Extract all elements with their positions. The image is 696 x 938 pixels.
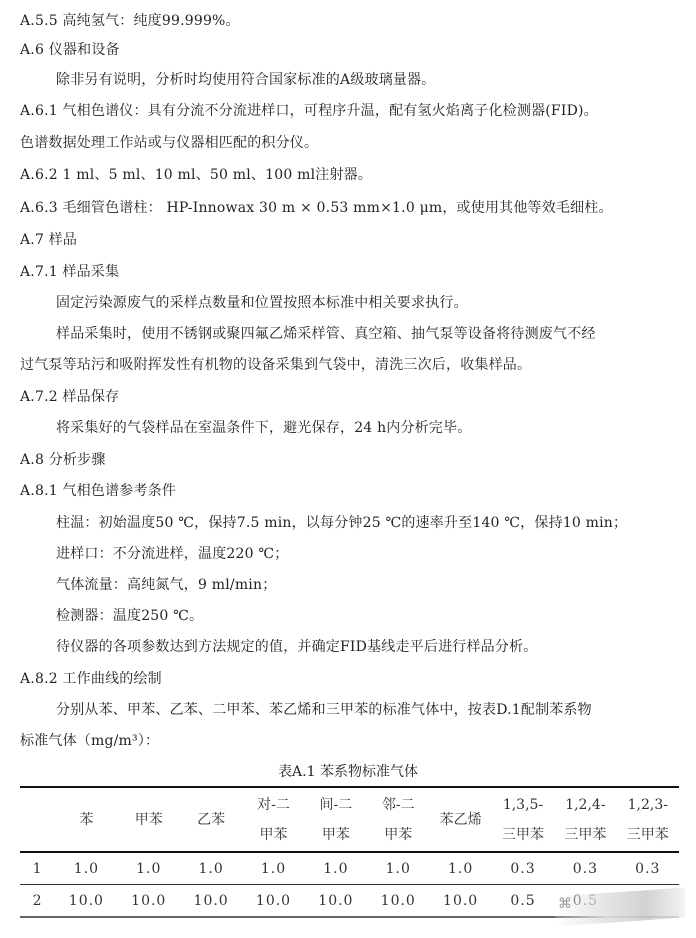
- text-line-a81-p: 待仪器的各项参数达到方法规定的值，并确定FID基线走平后进行样品分析。: [56, 637, 537, 657]
- column-header-line1: 邻-二: [367, 790, 429, 820]
- column-header-line1: 甲苯: [118, 805, 180, 835]
- text-line-a81: A.8.1 气相色谱参考条件: [20, 481, 176, 501]
- text-line-a63: A.6.3 毛细管色谱柱： HP-Innowax 30 m × 0.53 mm×…: [20, 198, 613, 218]
- text-line-a72: A.7.2 样品保存: [20, 387, 119, 407]
- table-cell: 1.0: [429, 852, 491, 885]
- text-line-a81-col: 柱温：初始温度50 ℃，保持7.5 min，以每分钟25 ℃的速率升至140 ℃…: [56, 513, 627, 533]
- column-header: 1,2,3-三甲苯: [617, 787, 679, 852]
- column-header: [20, 787, 55, 852]
- text-line-a7: A.7 样品: [20, 230, 77, 250]
- column-header: 甲苯: [118, 787, 180, 852]
- column-header: 间-二甲苯: [305, 787, 367, 852]
- document-page: A.5.5 高纯氢气：纯度99.999%。A.6 仪器和设备除非另有说明，分析时…: [0, 0, 696, 938]
- text-line-a81-gas: 气体流量：高纯氮气，9 ml/min；: [56, 575, 276, 595]
- table-cell: 10.0: [118, 885, 180, 918]
- column-header-line2: 甲苯: [367, 820, 429, 850]
- column-header: 邻-二甲苯: [367, 787, 429, 852]
- column-header: 苯乙烯: [429, 787, 491, 852]
- table-cell: 10.0: [367, 885, 429, 918]
- text-line-a81-det: 检测器：温度250 ℃。: [56, 606, 203, 626]
- row-number: 2: [20, 885, 55, 918]
- table-cell: 1.0: [55, 852, 117, 885]
- column-header: 对-二甲苯: [242, 787, 304, 852]
- column-header-line2: 三甲苯: [492, 820, 554, 850]
- column-header-line1: 1,2,3-: [617, 790, 679, 820]
- wechat-icon: ⌘: [558, 896, 572, 912]
- column-header-line2: 三甲苯: [554, 820, 616, 850]
- text-line-a61: A.6.1 气相色谱仪：具有分流不分流进样口，可程序升温，配有氢火焰离子化检测器…: [20, 101, 598, 121]
- column-header-line1: 1,3,5-: [492, 790, 554, 820]
- text-line-a82: A.8.2 工作曲线的绘制: [20, 669, 162, 689]
- text-line-a6-p1: 除非另有说明，分析时均使用符合国家标准的A级玻璃量器。: [56, 70, 436, 90]
- text-line-a61-cont: 色谱数据处理工作站或与仪器相匹配的积分仪。: [20, 133, 318, 153]
- table-row: 11.01.01.01.01.01.01.00.30.30.3: [20, 852, 679, 885]
- column-header-line2: 三甲苯: [617, 820, 679, 850]
- column-header: 1,2,4-三甲苯: [554, 787, 616, 852]
- column-header-line1: 1,2,4-: [554, 790, 616, 820]
- table-cell: 1.0: [242, 852, 304, 885]
- table-cell: 1.0: [367, 852, 429, 885]
- text-line-a82-p1-cont: 标准气体（mg/m³）：: [20, 731, 159, 751]
- column-header-line1: 苯: [55, 805, 117, 835]
- text-line-a6: A.6 仪器和设备: [20, 40, 120, 60]
- column-header-line1: 间-二: [305, 790, 367, 820]
- table-cell: 1.0: [305, 852, 367, 885]
- text-line-a71: A.7.1 样品采集: [20, 262, 119, 282]
- table-cell: 1.0: [118, 852, 180, 885]
- table-cell: 10.0: [55, 885, 117, 918]
- text-line-a8: A.8 分析步骤: [20, 450, 106, 470]
- column-header: 乙苯: [180, 787, 242, 852]
- text-line-a72-p1: 将采集好的气袋样品在室温条件下，避光保存，24 h内分析完毕。: [56, 418, 471, 438]
- table-cell: 0.3: [554, 852, 616, 885]
- table-cell: 10.0: [180, 885, 242, 918]
- table-cell: 0.3: [617, 852, 679, 885]
- text-line-a55: A.5.5 高纯氢气：纯度99.999%。: [20, 11, 240, 31]
- text-line-a71-p1: 固定污染源废气的采样点数量和位置按照本标准中相关要求执行。: [56, 293, 468, 313]
- column-header-line2: 甲苯: [305, 820, 367, 850]
- column-header: 1,3,5-三甲苯: [492, 787, 554, 852]
- row-number: 1: [20, 852, 55, 885]
- column-header-line1: 对-二: [242, 790, 304, 820]
- column-header-line1: 苯乙烯: [429, 805, 491, 835]
- text-line-a82-p1: 分别从苯、甲苯、乙苯、二甲苯、苯乙烯和三甲苯的标准气体中，按表D.1配制苯系物: [56, 700, 592, 720]
- text-line-a81-inlet: 进样口：不分流进样，温度220 ℃；: [56, 544, 288, 564]
- column-header-line2: 甲苯: [242, 820, 304, 850]
- table-header-row: 苯甲苯乙苯对-二甲苯间-二甲苯邻-二甲苯苯乙烯1,3,5-三甲苯1,2,4-三甲…: [20, 787, 679, 852]
- table-caption: 表A.1 苯系物标准气体: [0, 762, 696, 782]
- table-cell: 1.0: [180, 852, 242, 885]
- text-line-a71-p2-cont: 过气泵等玷污和吸附挥发性有机物的设备采集到气袋中，清洗三次后，收集样品。: [20, 355, 531, 375]
- table-cell: 10.0: [429, 885, 491, 918]
- column-header: 苯: [55, 787, 117, 852]
- table-cell: 10.0: [242, 885, 304, 918]
- table-cell: 0.3: [492, 852, 554, 885]
- table-cell: 0.5: [492, 885, 554, 918]
- table-cell: 10.0: [305, 885, 367, 918]
- text-line-a71-p2: 样品采集时，使用不锈钢或聚四氟乙烯采样管、真空箱、抽气泵等设备将待测废气不经: [56, 324, 596, 344]
- column-header-line1: 乙苯: [180, 805, 242, 835]
- text-line-a62: A.6.2 1 ml、5 ml、10 ml、50 ml、100 ml注射器。: [20, 165, 372, 185]
